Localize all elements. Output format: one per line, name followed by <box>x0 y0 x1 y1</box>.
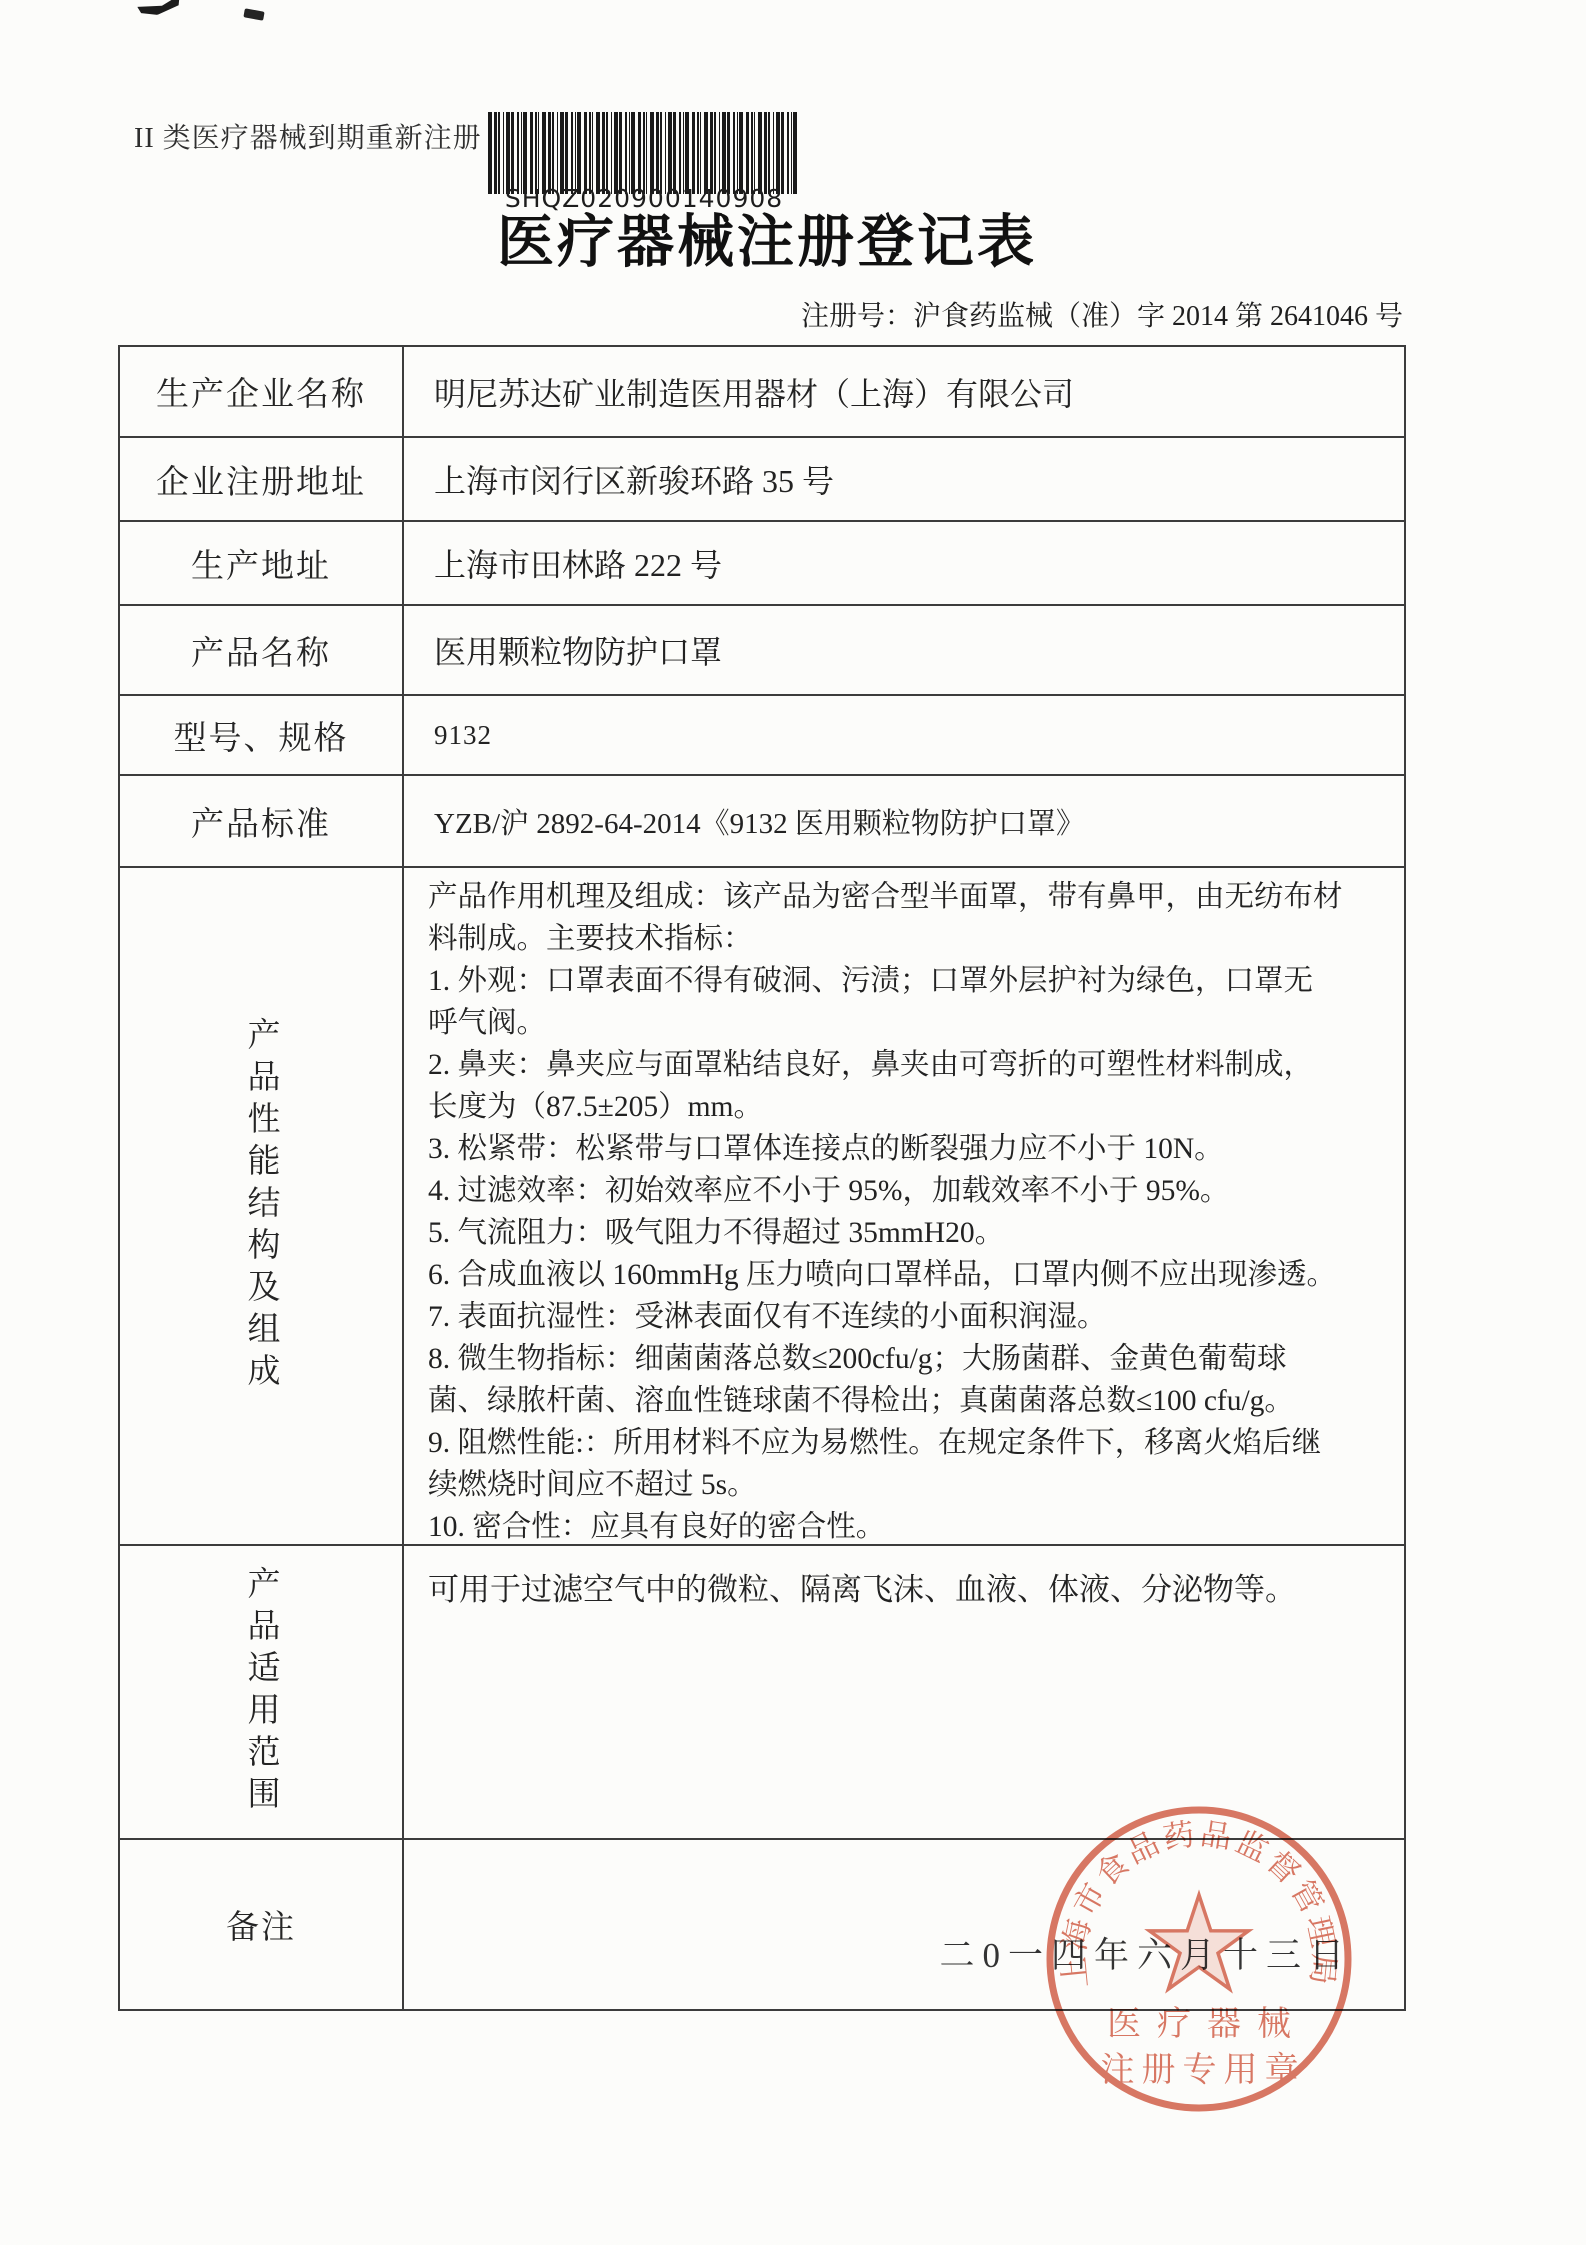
text-line: 续燃烧时间应不超过 5s。 <box>428 1464 1392 1506</box>
row-label: 产品标准 <box>120 776 404 866</box>
text-line: 产品作用机理及组成：该产品为密合型半面罩，带有鼻甲，由无纺布材 <box>428 876 1392 918</box>
table-row-performance: 产品性能结构及组成 产品作用机理及组成：该产品为密合型半面罩，带有鼻甲，由无纺布… <box>120 868 1404 1546</box>
row-value: 9132 <box>404 696 1404 774</box>
text-line: 7. 表面抗湿性：受淋表面仅有不连续的小面积润湿。 <box>428 1296 1392 1338</box>
table-row: 企业注册地址 上海市闵行区新骏环路 35 号 <box>120 438 1404 522</box>
row-label: 企业注册地址 <box>120 438 404 520</box>
row-label: 型号、规格 <box>120 696 404 774</box>
table-row: 生产企业名称 明尼苏达矿业制造医用器材（上海）有限公司 <box>120 347 1404 438</box>
row-value: 明尼苏达矿业制造医用器材（上海）有限公司 <box>404 347 1404 436</box>
table-row: 产品名称 医用颗粒物防护口罩 <box>120 606 1404 696</box>
barcode-bars <box>488 112 800 194</box>
table-row: 生产地址 上海市田林路 222 号 <box>120 522 1404 606</box>
text-line: 菌、绿脓杆菌、溶血性链球菌不得检出；真菌菌落总数≤100 cfu/g。 <box>428 1380 1392 1422</box>
barcode <box>488 112 800 194</box>
row-value: 上海市闵行区新骏环路 35 号 <box>404 438 1404 520</box>
row-value: 上海市田林路 222 号 <box>404 522 1404 604</box>
stamp-line2: 注册专用章 <box>1101 2051 1306 2089</box>
text-line: 4. 过滤效率：初始效率应不小于 95%，加载效率不小于 95%。 <box>428 1170 1392 1212</box>
scan-artifact <box>243 8 264 20</box>
text-line: 6. 合成血液以 160mmHg 压力喷向口罩样品，口罩内侧不应出现渗透。 <box>428 1254 1392 1296</box>
barcode-number: SHQZ020900140908 <box>488 184 800 213</box>
text-line: 3. 松紧带：松紧带与口罩体连接点的断裂强力应不小于 10N。 <box>428 1128 1392 1170</box>
registration-number: 注册号：沪食药监械（准）字 2014 第 2641046 号 <box>801 294 1403 334</box>
table-row-scope: 产品适用范围 可用于过滤空气中的微粒、隔离飞沫、血液、体液、分泌物等。 <box>120 1546 1404 1840</box>
row-label: 产品性能结构及组成 <box>120 868 404 1544</box>
text-line: 10. 密合性：应具有良好的密合性。 <box>428 1506 1392 1544</box>
text-line: 8. 微生物指标：细菌菌落总数≤200cfu/g；大肠菌群、金黄色葡萄球 <box>428 1338 1392 1380</box>
text-line: 长度为（87.5±205）mm。 <box>428 1086 1392 1128</box>
row-value: 医用颗粒物防护口罩 <box>404 606 1404 694</box>
scan-artifact <box>137 0 183 19</box>
row-label: 生产企业名称 <box>120 347 404 436</box>
vertical-label: 产品适用范围 <box>238 1566 285 1818</box>
stamp-line1: 医疗器械 <box>1107 2005 1307 2043</box>
registration-table: 生产企业名称 明尼苏达矿业制造医用器材（上海）有限公司 企业注册地址 上海市闵行… <box>118 345 1406 2011</box>
star-icon <box>1150 1895 1249 1989</box>
text-line: 5. 气流阻力：吸气阻力不得超过 35mmH20。 <box>428 1212 1392 1254</box>
performance-text: 产品作用机理及组成：该产品为密合型半面罩，带有鼻甲，由无纺布材料制成。主要技术指… <box>404 868 1404 1544</box>
row-label: 产品适用范围 <box>120 1546 404 1838</box>
row-label: 产品名称 <box>120 606 404 694</box>
scope-text: 可用于过滤空气中的微粒、隔离飞沫、血液、体液、分泌物等。 <box>404 1546 1404 1838</box>
text-line: 2. 鼻夹：鼻夹应与面罩粘结良好，鼻夹由可弯折的可塑性材料制成， <box>428 1044 1392 1086</box>
row-label: 生产地址 <box>120 522 404 604</box>
text-line: 9. 阻燃性能:：所用材料不应为易燃性。在规定条件下，移离火焰后继 <box>428 1422 1392 1464</box>
text-line: 料制成。主要技术指标： <box>428 918 1392 960</box>
row-value: YZB/沪 2892-64-2014《9132 医用颗粒物防护口罩》 <box>404 776 1404 866</box>
table-row: 型号、规格 9132 <box>120 696 1404 776</box>
official-red-stamp: 上海市食品药品监督管理局 医疗器械 注册专用章 <box>1038 1798 1362 2122</box>
text-line: 呼气阀。 <box>428 1002 1392 1044</box>
stamp-seal-icon: 上海市食品药品监督管理局 医疗器械 注册专用章 <box>1038 1798 1362 2122</box>
text-line: 1. 外观：口罩表面不得有破洞、污渍；口罩外层护衬为绿色，口罩无 <box>428 960 1392 1002</box>
table-row: 产品标准 YZB/沪 2892-64-2014《9132 医用颗粒物防护口罩》 <box>120 776 1404 868</box>
row-label: 备注 <box>120 1840 404 2009</box>
scanned-registration-form: II 类医疗器械到期重新注册 SHQZ020900140908 医疗器械注册登记… <box>0 0 1586 2245</box>
corner-note: II 类医疗器械到期重新注册 <box>134 116 482 156</box>
vertical-label: 产品性能结构及组成 <box>238 1017 285 1395</box>
